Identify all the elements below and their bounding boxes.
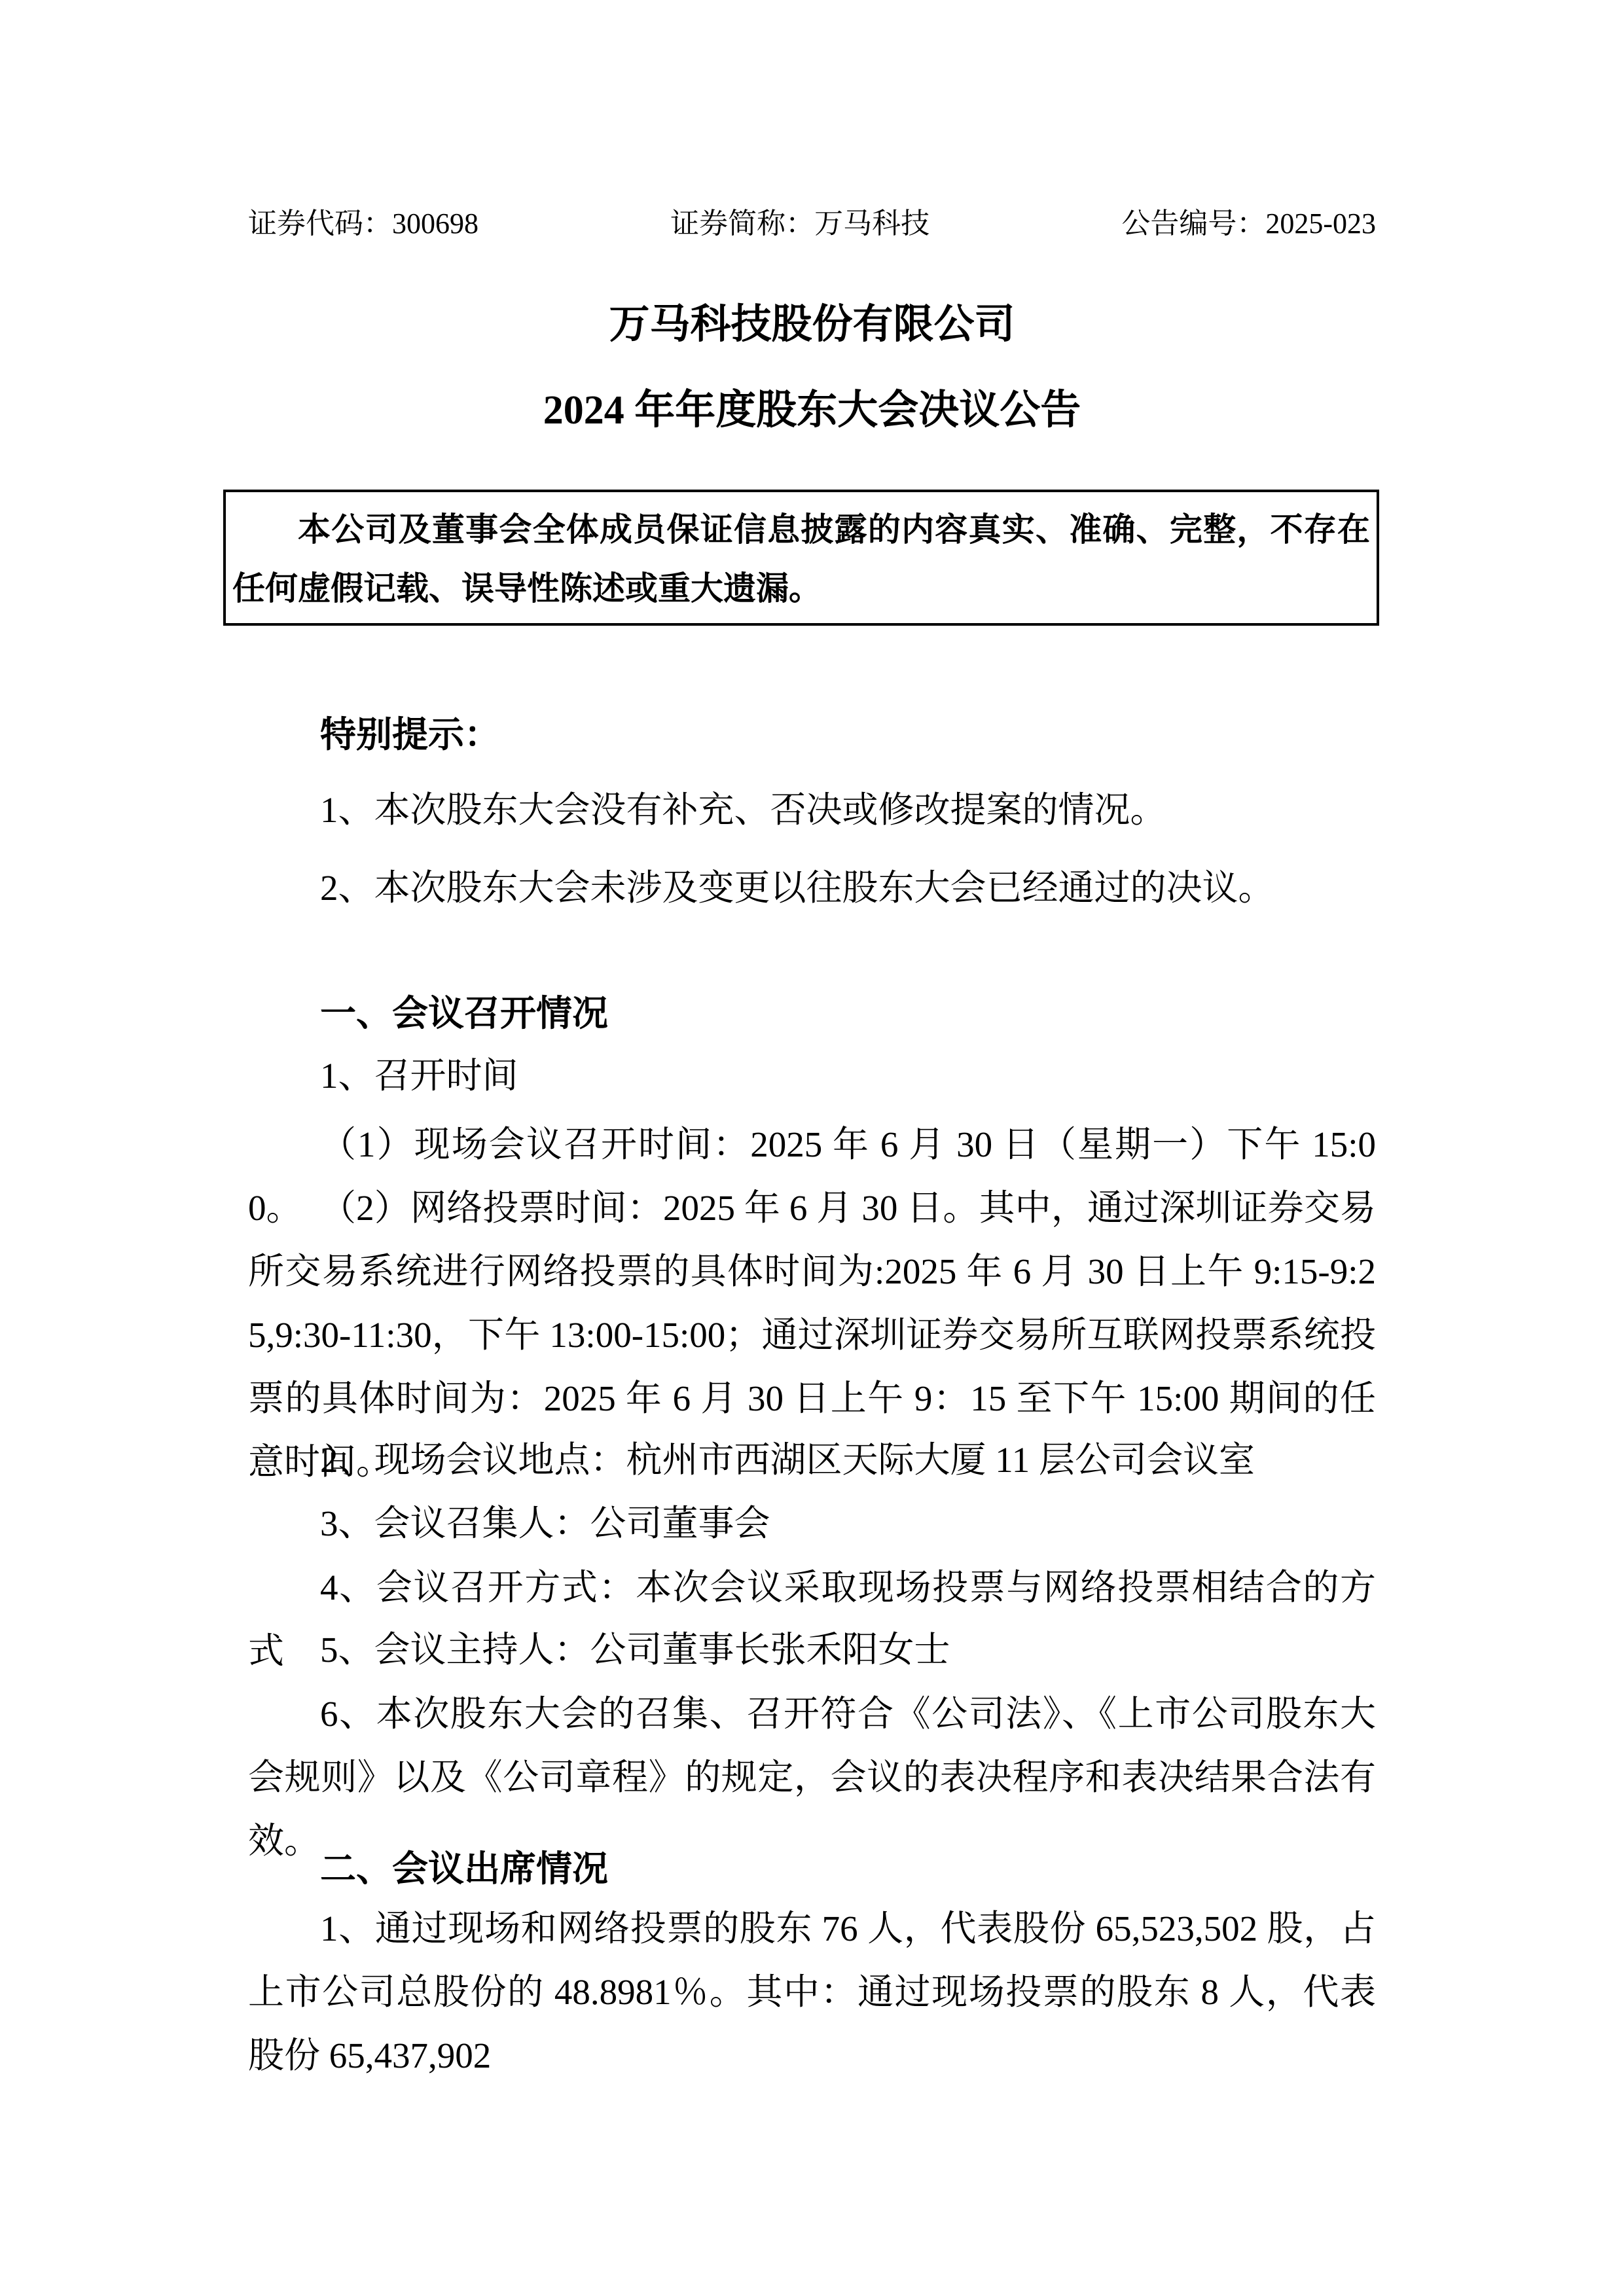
- disclaimer-box: 本公司及董事会全体成员保证信息披露的内容真实、准确、完整，不存在任何虚假记载、误…: [223, 490, 1379, 626]
- company-title: 万马科技股份有限公司: [0, 298, 1624, 351]
- stock-abbr-text: 证券简称：万马科技: [670, 207, 929, 241]
- section-2-heading: 二、会议出席情况: [248, 1837, 1376, 1901]
- meeting-host-paragraph: 5、会议主持人：公司董事长张禾阳女士: [248, 1618, 1376, 1681]
- special-notice-item-1: 1、本次股东大会没有补充、否决或修改提案的情况。: [248, 778, 1376, 842]
- attendance-summary-paragraph: 1、通过现场和网络投票的股东 76 人，代表股份 65,523,502 股，占上…: [248, 1897, 1376, 2087]
- announcement-title: 2024 年年度股东大会决议公告: [0, 384, 1624, 437]
- disclaimer-text: 本公司及董事会全体成员保证信息披露的内容真实、准确、完整，不存在任何虚假记载、误…: [232, 500, 1370, 618]
- special-notice-heading: 特别提示：: [248, 703, 1376, 766]
- announcement-document-page: 证券代码：300698 证券简称：万马科技 公告编号：2025-023 万马科技…: [0, 0, 1624, 2296]
- meeting-location-paragraph: 2、现场会议地点：杭州市西湖区天际大厦 11 层公司会议室: [248, 1428, 1376, 1492]
- announcement-number-text: 公告编号：2025-023: [1121, 207, 1376, 241]
- document-header: 证券代码：300698 证券简称：万马科技 公告编号：2025-023: [248, 207, 1376, 241]
- section-1-heading: 一、会议召开情况: [248, 982, 1376, 1045]
- special-notice-item-2: 2、本次股东大会未涉及变更以往股东大会已经通过的决议。: [248, 856, 1376, 920]
- meeting-time-subheading: 1、召开时间: [248, 1044, 1376, 1107]
- meeting-convener-paragraph: 3、会议召集人：公司董事会: [248, 1492, 1376, 1555]
- stock-code-text: 证券代码：300698: [248, 207, 478, 241]
